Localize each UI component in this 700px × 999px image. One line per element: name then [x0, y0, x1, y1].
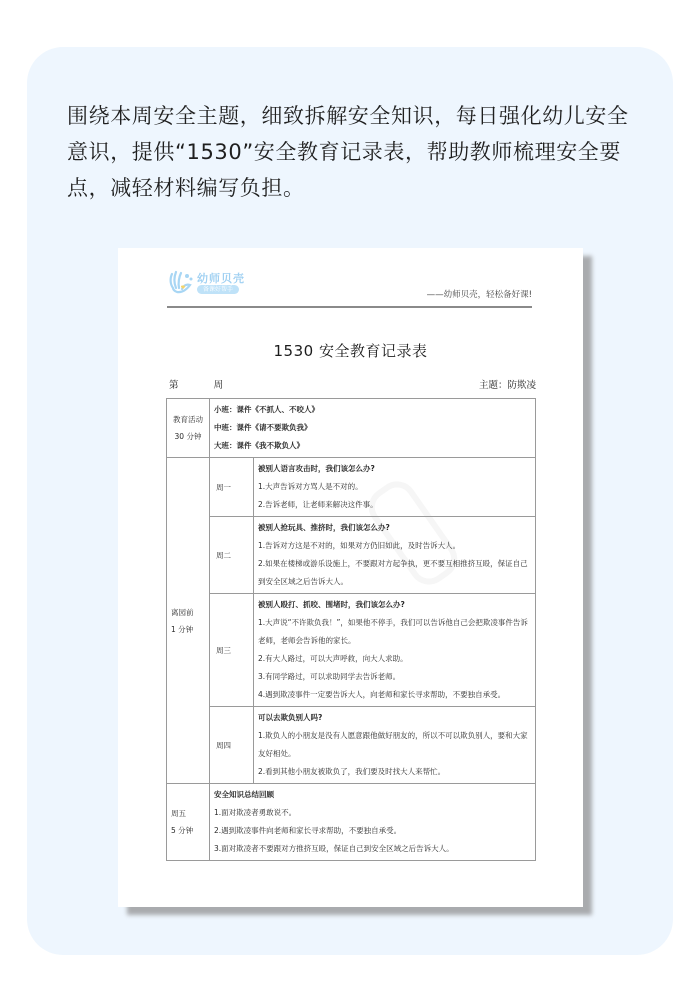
activity-content-cell: 小班：课件《不抓人、不咬人》 中班：课件《请不要欺负我》 大班：课件《我不欺负人… — [210, 399, 536, 458]
summary-label: 周五 — [171, 805, 209, 822]
summary-line: 3.面对欺凌者不要跟对方推挤互殴，保证自己到安全区域之后告诉大人。 — [214, 840, 531, 858]
day-content-cell: 可以去欺负别人吗? 1.欺负人的小朋友是没有人愿意跟他做好朋友的，所以不可以欺负… — [254, 707, 536, 784]
logo-name: 幼师贝壳 — [197, 270, 245, 286]
activity-line: 小班：课件《不抓人、不咬人》 — [214, 401, 531, 419]
summary-label-cell: 周五 5 分钟 — [167, 784, 210, 861]
header-divider — [167, 306, 532, 308]
document-title: 1530 安全教育记录表 — [118, 340, 583, 361]
summary-line: 1.面对欺凌者勇敢说不。 — [214, 804, 531, 822]
day-question: 被别人抢玩具、推挤时，我们该怎么办? — [258, 519, 531, 537]
table-row-wednesday: 周三 被别人殴打、抓咬、围堵时，我们该怎么办? 1.大声说“不许欺负我！”，如果… — [167, 594, 536, 707]
day-label: 周四 — [210, 707, 254, 784]
day-line: 2.如果在楼梯或游乐设施上，不要跟对方起争执，更不要互相推挤互殴，保证自己到安全… — [258, 555, 531, 591]
daily-label-cell: 离园前 1 分钟 — [167, 458, 210, 784]
activity-line: 中班：课件《请不要欺负我》 — [214, 419, 531, 437]
day-line: 1.大声告诉对方骂人是不对的。 — [258, 478, 531, 496]
day-line: 2.告诉老师，让老师来解决这件事。 — [258, 496, 531, 514]
summary-heading: 安全知识总结回顾 — [214, 786, 531, 804]
table-row-monday: 离园前 1 分钟 周一 被别人语言攻击时，我们该怎么办? 1.大声告诉对方骂人是… — [167, 458, 536, 517]
summary-line: 2.遇到欺凌事件向老师和家长寻求帮助，不要独自承受。 — [214, 822, 531, 840]
day-line: 1.告诉对方这是不对的，如果对方仍旧如此，及时告诉大人。 — [258, 537, 531, 555]
activity-label: 教育活动 — [167, 411, 209, 428]
day-label: 周二 — [210, 517, 254, 594]
table-row-thursday: 周四 可以去欺负别人吗? 1.欺负人的小朋友是没有人愿意跟他做好朋友的，所以不可… — [167, 707, 536, 784]
summary-content-cell: 安全知识总结回顾 1.面对欺凌者勇敢说不。 2.遇到欺凌事件向老师和家长寻求帮助… — [210, 784, 536, 861]
day-line: 2.看到其他小朋友被欺负了，我们要及时找大人来帮忙。 — [258, 763, 531, 781]
day-line: 2.有大人路过，可以大声呼救，向大人求助。 — [258, 650, 531, 668]
hand-heart-icon — [167, 268, 195, 296]
day-line: 1.大声说“不许欺负我！”，如果他不停手，我们可以告诉他自己会把欺凌事件告诉老师… — [258, 614, 531, 650]
activity-line: 大班：课件《我不欺负人》 — [214, 437, 531, 455]
intro-text: 围绕本周安全主题，细致拆解安全知识，每日强化幼儿安全意识，提供“1530”安全教… — [67, 98, 637, 206]
table-row-tuesday: 周二 被别人抢玩具、推挤时，我们该怎么办? 1.告诉对方这是不对的，如果对方仍旧… — [167, 517, 536, 594]
day-question: 被别人殴打、抓咬、围堵时，我们该怎么办? — [258, 596, 531, 614]
document-preview: 幼师贝壳 备课好帮手 ——幼师贝壳，轻松备好课! 1530 安全教育记录表 第 … — [118, 248, 583, 907]
activity-label-cell: 教育活动 30 分钟 — [167, 399, 210, 458]
document-header: 幼师贝壳 备课好帮手 ——幼师贝壳，轻松备好课! — [167, 266, 532, 310]
logo-tagline: 备课好帮手 — [197, 285, 239, 294]
day-question: 被别人语言攻击时，我们该怎么办? — [258, 460, 531, 478]
day-line: 1.欺负人的小朋友是没有人愿意跟他做好朋友的，所以不可以欺负别人，要和大家友好相… — [258, 727, 531, 763]
activity-duration: 30 分钟 — [167, 428, 209, 445]
day-content-cell: 被别人抢玩具、推挤时，我们该怎么办? 1.告诉对方这是不对的，如果对方仍旧如此，… — [254, 517, 536, 594]
record-table: 教育活动 30 分钟 小班：课件《不抓人、不咬人》 中班：课件《请不要欺负我》 … — [166, 398, 536, 861]
week-label: 第 周 — [169, 377, 239, 391]
day-content-cell: 被别人殴打、抓咬、围堵时，我们该怎么办? 1.大声说“不许欺负我！”，如果他不停… — [254, 594, 536, 707]
table-row-summary: 周五 5 分钟 安全知识总结回顾 1.面对欺凌者勇敢说不。 2.遇到欺凌事件向老… — [167, 784, 536, 861]
slogan: ——幼师贝壳，轻松备好课! — [427, 288, 532, 300]
theme-label: 主题：防欺凌 — [479, 377, 536, 391]
day-content-cell: 被别人语言攻击时，我们该怎么办? 1.大声告诉对方骂人是不对的。 2.告诉老师，… — [254, 458, 536, 517]
table-row-activity: 教育活动 30 分钟 小班：课件《不抓人、不咬人》 中班：课件《请不要欺负我》 … — [167, 399, 536, 458]
summary-duration: 5 分钟 — [171, 822, 209, 839]
day-label: 周一 — [210, 458, 254, 517]
day-line: 3.有同学路过，可以求助同学去告诉老师。 — [258, 668, 531, 686]
logo: 幼师贝壳 备课好帮手 — [167, 266, 257, 302]
day-label: 周三 — [210, 594, 254, 707]
daily-duration: 1 分钟 — [171, 621, 209, 638]
day-line: 4.遇到欺凌事件一定要告诉大人，向老师和家长寻求帮助，不要独自承受。 — [258, 686, 531, 704]
daily-label: 离园前 — [171, 604, 209, 621]
day-question: 可以去欺负别人吗? — [258, 709, 531, 727]
